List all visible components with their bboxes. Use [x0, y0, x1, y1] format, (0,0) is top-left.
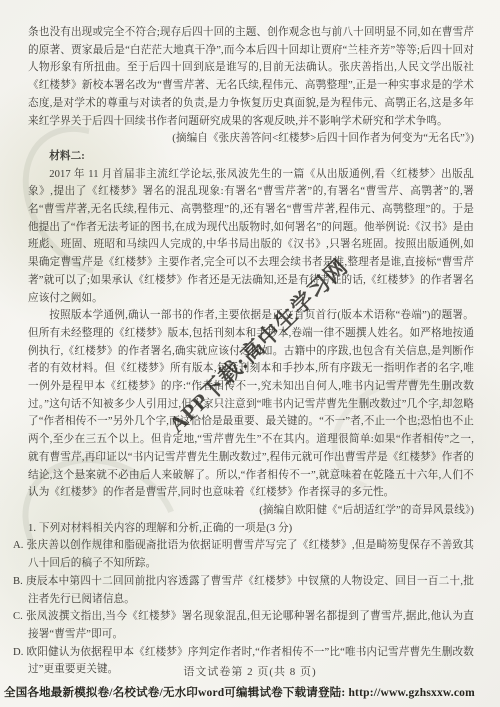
option-a-label: A. [13, 540, 24, 551]
paragraph-material2-first: 2017 年 11 月首届非主流红学论坛,张凤波先生的一篇《从出版通例,看〈红楼… [28, 166, 474, 308]
page-number-footer: 语文试卷第 2 页(共 8 页) [0, 663, 500, 679]
citation-material1: (摘编自《张庆善答问<红楼梦>后四十回作者为何变为“无名氏”》) [28, 130, 474, 148]
option-b-text: 庚辰本中第四十二回回前批内容透露了曹雪芹《红楼梦》中钗黛的人物设定、回目一百二十… [26, 576, 474, 605]
question-1-stem: 1. 下列对材料相关内容的理解和分析,正确的一项是(3 分) [28, 520, 474, 538]
paragraph-material1-continuation: 条也没有出现或完全不符合;现存后四十回的主题、创作观念也与前八十回明显不同,如在… [28, 24, 474, 130]
exam-paper-page: 条也没有出现或完全不符合;现存后四十回的主题、创作观念也与前八十回明显不同,如在… [0, 0, 500, 707]
citation-material2: (摘编自欧阳健《“后胡适红学”的奇异风景线》) [28, 502, 474, 520]
option-c-text: 张凤波撰文指出,当今《红楼梦》署名现象混乱,但无论哪种署名都提到了曹雪芹,据此,… [26, 611, 474, 640]
paragraph-material2-second: 按照版本学通例,确认一部书的作者,主要依据是正文首页首行(版本术语称“卷端”)的… [28, 307, 474, 502]
download-site-notice: 全国各地最新模拟卷/名校试卷/无水印word可编辑试卷下载请登陆: http:/… [4, 684, 498, 700]
question-1-option-c: C.张凤波撰文指出,当今《红楼梦》署名现象混乱,但无论哪种署名都提到了曹雪芹,据… [28, 608, 474, 643]
option-a-text: 张庆善以创作规律和脂砚斋批语为依据证明曹雪芹写完了《红楼梦》,但是畸笏叟保存不善… [27, 540, 475, 569]
page-content: 条也没有出现或完全不符合;现存后四十回的主题、创作观念也与前八十回明显不同,如在… [28, 24, 474, 679]
question-1-option-a: A.张庆善以创作规律和脂砚斋批语为依据证明曹雪芹写完了《红楼梦》,但是畸笏叟保存… [28, 537, 474, 572]
option-d-label: D. [13, 647, 24, 658]
option-b-label: B. [13, 576, 23, 587]
option-c-label: C. [13, 611, 23, 622]
material2-heading: 材料二: [28, 148, 474, 166]
question-1-option-b: B.庚辰本中第四十二回回前批内容透露了曹雪芹《红楼梦》中钗黛的人物设定、回目一百… [28, 573, 474, 608]
